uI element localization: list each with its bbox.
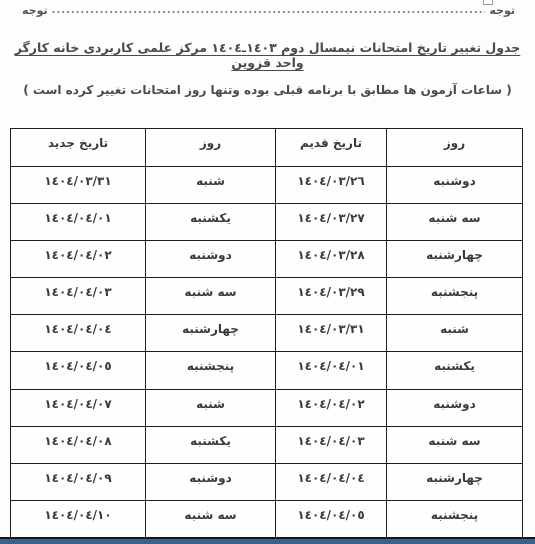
new-day-cell: شنبه <box>146 389 276 426</box>
page-subtitle: ( ساعات آزمون ها مطابق با برنامه قبلی بو… <box>0 83 535 97</box>
new-day-cell: سه شنبه <box>146 278 276 315</box>
old-day-cell: چهارشنبه <box>387 463 523 500</box>
new-day-cell: چهارشنبه <box>146 315 276 352</box>
attention-label-right: توجه <box>489 4 515 17</box>
new-date-cell: ١٤٠٤/٠٤/٠٣ <box>11 278 146 315</box>
table-row: پنجشنبه ١٤٠٤/٠٣/٢٩ سه شنبه ١٤٠٤/٠٤/٠٣ <box>11 278 523 315</box>
new-day-cell: پنجشنبه <box>146 352 276 389</box>
new-day-cell: دوشنبه <box>146 463 276 500</box>
old-date-cell: ١٤٠٤/٠٣/٣١ <box>276 315 387 352</box>
table-header-row: روزتاریخ قدیمروزتاریخ جدید <box>11 129 523 167</box>
old-date-cell: ١٤٠٤/٠٤/٠٢ <box>276 389 387 426</box>
dotted-leader: ........................................… <box>52 5 486 16</box>
attention-line: توجه ...................................… <box>22 4 515 17</box>
old-date-cell: ١٤٠٤/٠٤/٠٣ <box>276 426 387 463</box>
table-row: یکشنبه ١٤٠٤/٠٤/٠١ پنجشنبه ١٤٠٤/٠٤/٠٥ <box>11 352 523 389</box>
table-row: چهارشنبه ١٤٠٤/٠٤/٠٤ دوشنبه ١٤٠٤/٠٤/٠٩ <box>11 463 523 500</box>
new-day-cell: دوشنبه <box>146 241 276 278</box>
table-row: دوشنبه ١٤٠٤/٠٤/٠٢ شنبه ١٤٠٤/٠٤/٠٧ <box>11 389 523 426</box>
old-date-cell: ١٤٠٤/٠٣/٢٧ <box>276 204 387 241</box>
old-day-cell: دوشنبه <box>387 389 523 426</box>
old-date-cell: ١٤٠٤/٠٣/٢٦ <box>276 167 387 204</box>
schedule-table-wrap: روزتاریخ قدیمروزتاریخ جدید دوشنبه ١٤٠٤/٠… <box>10 128 523 538</box>
column-header: روز <box>387 129 523 167</box>
old-day-cell: سه شنبه <box>387 204 523 241</box>
new-date-cell: ١٤٠٤/٠٤/٠٨ <box>11 426 146 463</box>
new-date-cell: ١٤٠٤/٠٤/٠٢ <box>11 241 146 278</box>
new-day-cell: شنبه <box>146 167 276 204</box>
old-day-cell: پنجشنبه <box>387 278 523 315</box>
new-day-cell: سه شنبه <box>146 500 276 537</box>
old-date-cell: ١٤٠٤/٠٣/٢٩ <box>276 278 387 315</box>
old-day-cell: دوشنبه <box>387 167 523 204</box>
document-page: { "page": { "attention_right": "توجه", "… <box>0 0 535 544</box>
new-date-cell: ١٤٠٤/٠٣/٣١ <box>11 167 146 204</box>
old-date-cell: ١٤٠٤/٠٤/٠٥ <box>276 500 387 537</box>
new-day-cell: یکشنبه <box>146 204 276 241</box>
corner-checkbox-partial <box>483 0 493 5</box>
column-header: تاریخ جدید <box>11 129 146 167</box>
new-date-cell: ١٤٠٤/٠٤/٠١ <box>11 204 146 241</box>
old-date-cell: ١٤٠٤/٠٤/٠١ <box>276 352 387 389</box>
new-date-cell: ١٤٠٤/٠٤/١٠ <box>11 500 146 537</box>
table-row: دوشنبه ١٤٠٤/٠٣/٢٦ شنبه ١٤٠٤/٠٣/٣١ <box>11 167 523 204</box>
old-day-cell: یکشنبه <box>387 352 523 389</box>
attention-label-left: توجه <box>22 4 48 17</box>
table-row: سه شنبه ١٤٠٤/٠٣/٢٧ یکشنبه ١٤٠٤/٠٤/٠١ <box>11 204 523 241</box>
new-date-cell: ١٤٠٤/٠٤/٠٧ <box>11 389 146 426</box>
column-header: روز <box>146 129 276 167</box>
page-title: جدول تغییر تاریخ امتحانات نیمسال دوم ١٤٠… <box>0 40 535 70</box>
new-date-cell: ١٤٠٤/٠٤/٠٤ <box>11 315 146 352</box>
old-date-cell: ١٤٠٤/٠٣/٢٨ <box>276 241 387 278</box>
old-day-cell: چهارشنبه <box>387 241 523 278</box>
column-header: تاریخ قدیم <box>276 129 387 167</box>
table-row: سه شنبه ١٤٠٤/٠٤/٠٣ یکشنبه ١٤٠٤/٠٤/٠٨ <box>11 426 523 463</box>
old-day-cell: سه شنبه <box>387 426 523 463</box>
old-day-cell: شنبه <box>387 315 523 352</box>
old-day-cell: پنجشنبه <box>387 500 523 537</box>
new-day-cell: یکشنبه <box>146 426 276 463</box>
new-date-cell: ١٤٠٤/٠٤/٠٩ <box>11 463 146 500</box>
table-row: پنجشنبه ١٤٠٤/٠٤/٠٥ سه شنبه ١٤٠٤/٠٤/١٠ <box>11 500 523 537</box>
new-date-cell: ١٤٠٤/٠٤/٠٥ <box>11 352 146 389</box>
old-date-cell: ١٤٠٤/٠٤/٠٤ <box>276 463 387 500</box>
exam-schedule-table: روزتاریخ قدیمروزتاریخ جدید دوشنبه ١٤٠٤/٠… <box>10 128 523 538</box>
table-row: چهارشنبه ١٤٠٤/٠٣/٢٨ دوشنبه ١٤٠٤/٠٤/٠٢ <box>11 241 523 278</box>
bottom-accent-bar <box>0 537 535 544</box>
table-row: شنبه ١٤٠٤/٠٣/٣١ چهارشنبه ١٤٠٤/٠٤/٠٤ <box>11 315 523 352</box>
